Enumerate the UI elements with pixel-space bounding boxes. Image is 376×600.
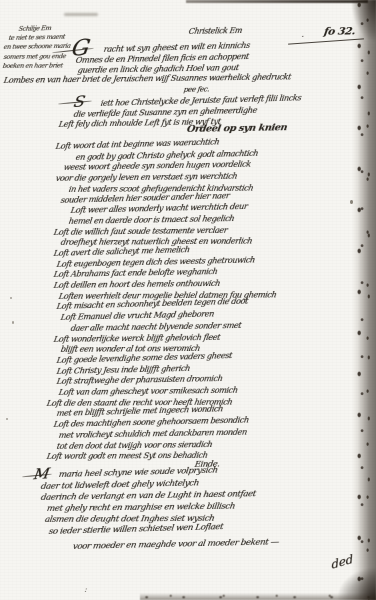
closing-line: met ghely recht en marghise en welcke bi… — [46, 502, 236, 514]
margin-note-line: en twee schoone maria — [3, 42, 71, 51]
bottom-colon-mark: : — [84, 586, 87, 594]
margin-note-line: te niet te ses maent — [8, 33, 65, 42]
small-subheading: pee fec. — [183, 85, 210, 94]
torn-right-edge-shadow — [352, 0, 376, 600]
manuscript-page: Christelick Em . fo 32. G S M pee fec. O… — [0, 0, 376, 600]
ink-smudge — [64, 13, 98, 16]
ink-speck — [10, 297, 12, 299]
litany-line: Loft straftweghe der pharasuisten droomi… — [56, 373, 223, 386]
litany-line: hemel en daerde door is tmaect sol hegel… — [68, 213, 235, 226]
litany-line: Loft van dam ghescheyt voor smikesach so… — [58, 385, 238, 397]
opening-line: Lombes en van haer briet de Jeruischen w… — [3, 72, 292, 85]
ink-speck — [350, 200, 353, 204]
margin-note-line: Schilije Em — [18, 24, 52, 33]
margin-note-line: boeken en haer briet — [2, 62, 63, 70]
litany-line: Loft Abrahams fact ende belofte weghanic… — [53, 266, 218, 279]
ink-speck — [6, 418, 8, 420]
bottom-edge-shadow — [140, 593, 376, 600]
page-header-title: Christelick Em — [188, 26, 243, 36]
closing-line: voor moeder en maeghde voor al moeder be… — [72, 537, 280, 552]
scan-top-edge-shadow — [186, 0, 368, 3]
header-dot: . — [301, 30, 305, 39]
litany-line: voor die gorgely leven en verstaet syn w… — [55, 171, 238, 183]
margin-note-line: somers met gou ende — [3, 52, 66, 61]
ink-speck — [12, 321, 14, 324]
litany-line: met vrolicheyt schuldich met danckbaren … — [58, 427, 248, 440]
litany-line: Loft deillen en hoort des hemels onthouw… — [53, 278, 221, 290]
folio-number: fo 32. — [323, 25, 356, 38]
litany-line: Loft wordt godt en meest Syt ons behadic… — [46, 450, 208, 461]
